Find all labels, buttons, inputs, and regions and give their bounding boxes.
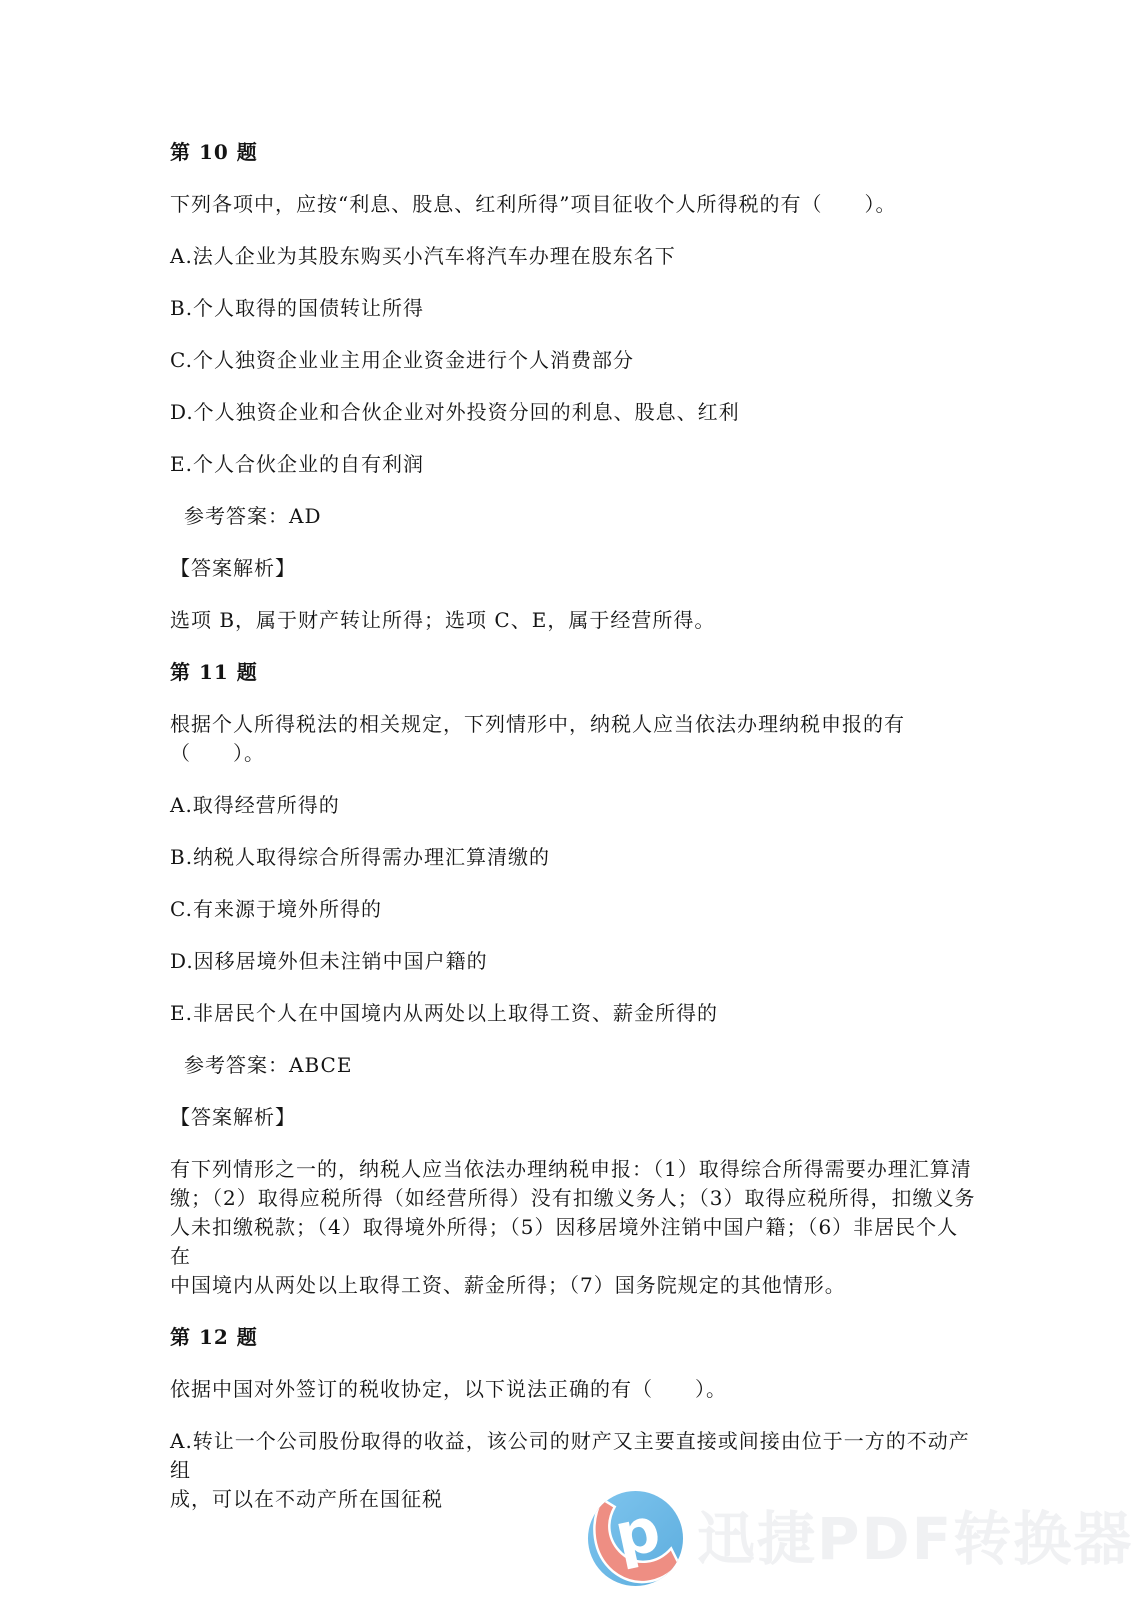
- question-10-option-d: D.个人独资企业和合伙企业对外投资分回的利息、股息、红利: [170, 398, 976, 427]
- option-text: D.个人独资企业和合伙企业对外投资分回的利息、股息、红利: [170, 398, 976, 427]
- option-text: A.法人企业为其股东购买小汽车将汽车办理在股东名下: [170, 242, 976, 271]
- question-12-stem: 依据中国对外签订的税收协定，以下说法正确的有（ ）。: [170, 1375, 976, 1404]
- option-text: C.有来源于境外所得的: [170, 895, 976, 924]
- question-10-stem: 下列各项中，应按“利息、股息、红利所得”项目征收个人所得税的有（ ）。: [170, 190, 976, 219]
- question-12-stem-text: 依据中国对外签订的税收协定，以下说法正确的有（ ）。: [170, 1375, 976, 1404]
- question-10-option-b: B.个人取得的国债转让所得: [170, 294, 976, 323]
- option-text: A.取得经营所得的: [170, 791, 976, 820]
- option-text: B.纳税人取得综合所得需办理汇算清缴的: [170, 843, 976, 872]
- option-text: D.因移居境外但未注销中国户籍的: [170, 947, 976, 976]
- pdf-converter-logo-icon: p: [586, 1489, 685, 1588]
- question-10-option-c: C.个人独资企业业主用企业资金进行个人消费部分: [170, 346, 976, 375]
- option-text: C.个人独资企业业主用企业资金进行个人消费部分: [170, 346, 976, 375]
- document-page: 第 10 题 下列各项中，应按“利息、股息、红利所得”项目征收个人所得税的有（ …: [0, 0, 1131, 1600]
- question-10-stem-text: 下列各项中，应按“利息、股息、红利所得”项目征收个人所得税的有（ ）。: [170, 190, 976, 219]
- option-text: E.个人合伙企业的自有利润: [170, 450, 976, 479]
- analysis-line: 有下列情形之一的，纳税人应当依法办理纳税申报：（1）取得综合所得需要办理汇算清: [170, 1155, 976, 1184]
- option-line: A.转让一个公司股份取得的收益，该公司的财产又主要直接或间接由位于一方的不动产组: [170, 1427, 976, 1485]
- question-11-option-d: D.因移居境外但未注销中国户籍的: [170, 947, 976, 976]
- answer-text: 参考答案：AD: [184, 502, 976, 531]
- question-10-option-e: E.个人合伙企业的自有利润: [170, 450, 976, 479]
- analysis-line: 缴；（2）取得应税所得（如经营所得）没有扣缴义务人；（3）取得应税所得，扣缴义务: [170, 1184, 976, 1213]
- question-10-answer: 参考答案：AD: [170, 502, 976, 531]
- question-12-title: 第 12 题: [170, 1323, 976, 1352]
- question-11-stem-line: 根据个人所得税法的相关规定，下列情形中，纳税人应当依法办理纳税申报的有: [170, 710, 976, 739]
- question-11-stem: 根据个人所得税法的相关规定，下列情形中，纳税人应当依法办理纳税申报的有 （ ）。: [170, 710, 976, 768]
- question-10-heading: 第 10 题: [170, 138, 976, 167]
- question-11-option-b: B.纳税人取得综合所得需办理汇算清缴的: [170, 843, 976, 872]
- analysis-header-text: 【答案解析】: [170, 1103, 976, 1132]
- question-10-title: 第 10 题: [170, 138, 976, 167]
- question-12-heading: 第 12 题: [170, 1323, 976, 1352]
- analysis-line: 人未扣缴税款；（4）取得境外所得；（5）因移居境外注销中国户籍；（6）非居民个人…: [170, 1213, 976, 1271]
- question-11-option-e: E.非居民个人在中国境内从两处以上取得工资、薪金所得的: [170, 999, 976, 1028]
- question-11-stem-line: （ ）。: [170, 739, 976, 768]
- answer-text: 参考答案：ABCE: [184, 1051, 976, 1080]
- analysis-text: 选项 B，属于财产转让所得；选项 C、E，属于经营所得。: [170, 606, 976, 635]
- watermark-text: 迅捷PDF转换器: [697, 1492, 1131, 1576]
- question-11-analysis-header: 【答案解析】: [170, 1103, 976, 1132]
- question-11-heading: 第 11 题: [170, 658, 976, 687]
- question-11-option-a: A.取得经营所得的: [170, 791, 976, 820]
- question-11-option-c: C.有来源于境外所得的: [170, 895, 976, 924]
- watermark: p 迅捷PDF转换器: [586, 1489, 1131, 1588]
- analysis-header-text: 【答案解析】: [170, 554, 976, 583]
- question-11-analysis: 有下列情形之一的，纳税人应当依法办理纳税申报：（1）取得综合所得需要办理汇算清 …: [170, 1155, 976, 1300]
- question-11-answer: 参考答案：ABCE: [170, 1051, 976, 1080]
- option-text: B.个人取得的国债转让所得: [170, 294, 976, 323]
- question-10-analysis: 选项 B，属于财产转让所得；选项 C、E，属于经营所得。: [170, 606, 976, 635]
- question-11-title: 第 11 题: [170, 658, 976, 687]
- question-10-option-a: A.法人企业为其股东购买小汽车将汽车办理在股东名下: [170, 242, 976, 271]
- document-content: 第 10 题 下列各项中，应按“利息、股息、红利所得”项目征收个人所得税的有（ …: [170, 138, 976, 1537]
- question-10-analysis-header: 【答案解析】: [170, 554, 976, 583]
- analysis-line: 中国境内从两处以上取得工资、薪金所得；（7）国务院规定的其他情形。: [170, 1271, 976, 1300]
- option-text: E.非居民个人在中国境内从两处以上取得工资、薪金所得的: [170, 999, 976, 1028]
